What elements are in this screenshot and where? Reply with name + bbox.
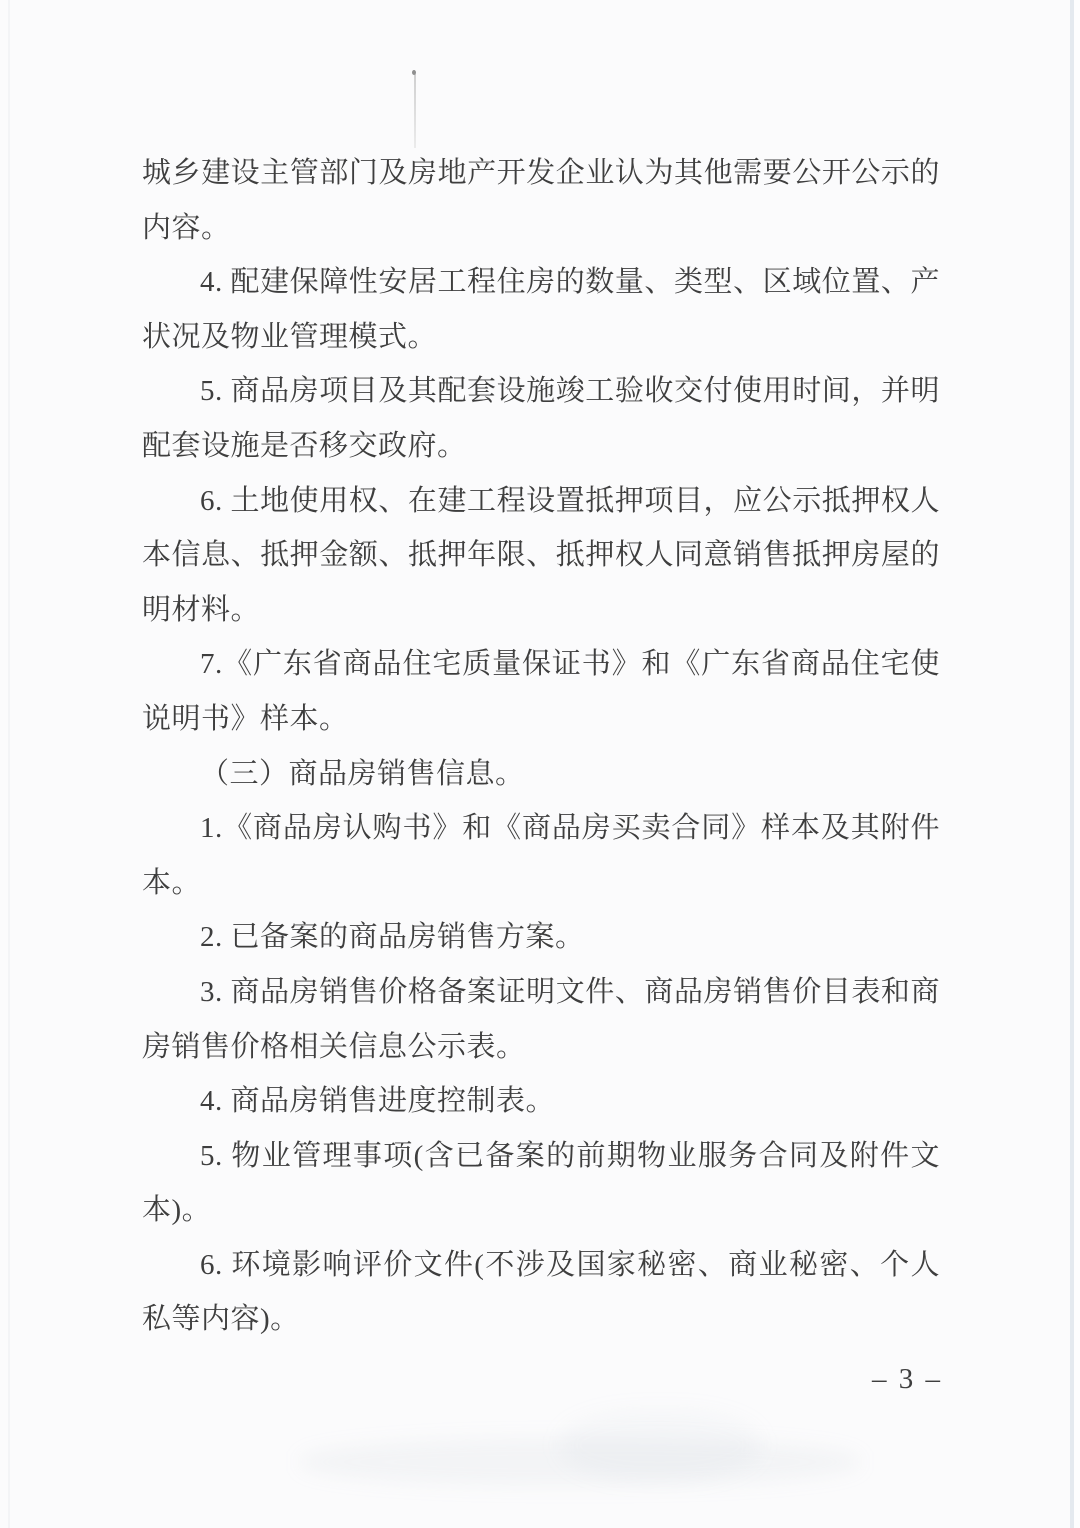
text-line: 7.《广东省商品住宅质量保证书》和《广东省商品住宅使用 bbox=[142, 637, 940, 692]
text-line: 状况及物业管理模式。 bbox=[142, 310, 940, 365]
text-line: 5. 商品房项目及其配套设施竣工验收交付使用时间，并明确 bbox=[142, 364, 940, 419]
text-line: 明材料。 bbox=[142, 583, 940, 638]
page-number: – 3 – bbox=[142, 1352, 940, 1406]
text-line: 私等内容)。 bbox=[142, 1292, 940, 1347]
text-line: 房销售价格相关信息公示表。 bbox=[142, 1020, 940, 1075]
text-line: 本。 bbox=[142, 856, 940, 911]
scan-artifact-vertical-line bbox=[414, 74, 416, 148]
text-line: 说明书》样本。 bbox=[142, 692, 940, 747]
text-line: 5. 物业管理事项(含已备案的前期物业服务合同及附件文 bbox=[142, 1129, 940, 1184]
document-body-text: 城乡建设主管部门及房地产开发企业认为其他需要公开公示的内容。4. 配建保障性安居… bbox=[142, 146, 940, 1347]
text-line: 6. 土地使用权、在建工程设置抵押项目，应公示抵押权人基 bbox=[142, 474, 940, 529]
text-line: 4. 商品房销售进度控制表。 bbox=[142, 1074, 940, 1129]
text-line: 配套设施是否移交政府。 bbox=[142, 419, 940, 474]
scan-edge-white-strip bbox=[1074, 0, 1080, 1528]
text-line: （三）商品房销售信息。 bbox=[142, 747, 940, 802]
text-line: 4. 配建保障性安居工程住房的数量、类型、区域位置、产权 bbox=[142, 255, 940, 310]
text-line: 内容。 bbox=[142, 201, 940, 256]
text-line: 城乡建设主管部门及房地产开发企业认为其他需要公开公示的 bbox=[142, 146, 940, 201]
scan-left-streak bbox=[8, 0, 10, 1528]
text-line: 2. 已备案的商品房销售方案。 bbox=[142, 910, 940, 965]
ink-bleedthrough-smudge bbox=[560, 1410, 760, 1480]
text-line: 3. 商品房销售价格备案证明文件、商品房销售价目表和商品 bbox=[142, 965, 940, 1020]
text-line: 1.《商品房认购书》和《商品房买卖合同》样本及其附件文 bbox=[142, 801, 940, 856]
text-line: 本信息、抵押金额、抵押年限、抵押权人同意销售抵押房屋的证 bbox=[142, 528, 940, 583]
scan-artifact-dot bbox=[412, 70, 416, 75]
scan-edge-shadow-line bbox=[1070, 0, 1074, 1528]
document-page: 城乡建设主管部门及房地产开发企业认为其他需要公开公示的内容。4. 配建保障性安居… bbox=[0, 0, 1080, 1528]
text-line: 本)。 bbox=[142, 1183, 940, 1238]
text-line: 6. 环境影响评价文件(不涉及国家秘密、商业秘密、个人隐 bbox=[142, 1238, 940, 1293]
